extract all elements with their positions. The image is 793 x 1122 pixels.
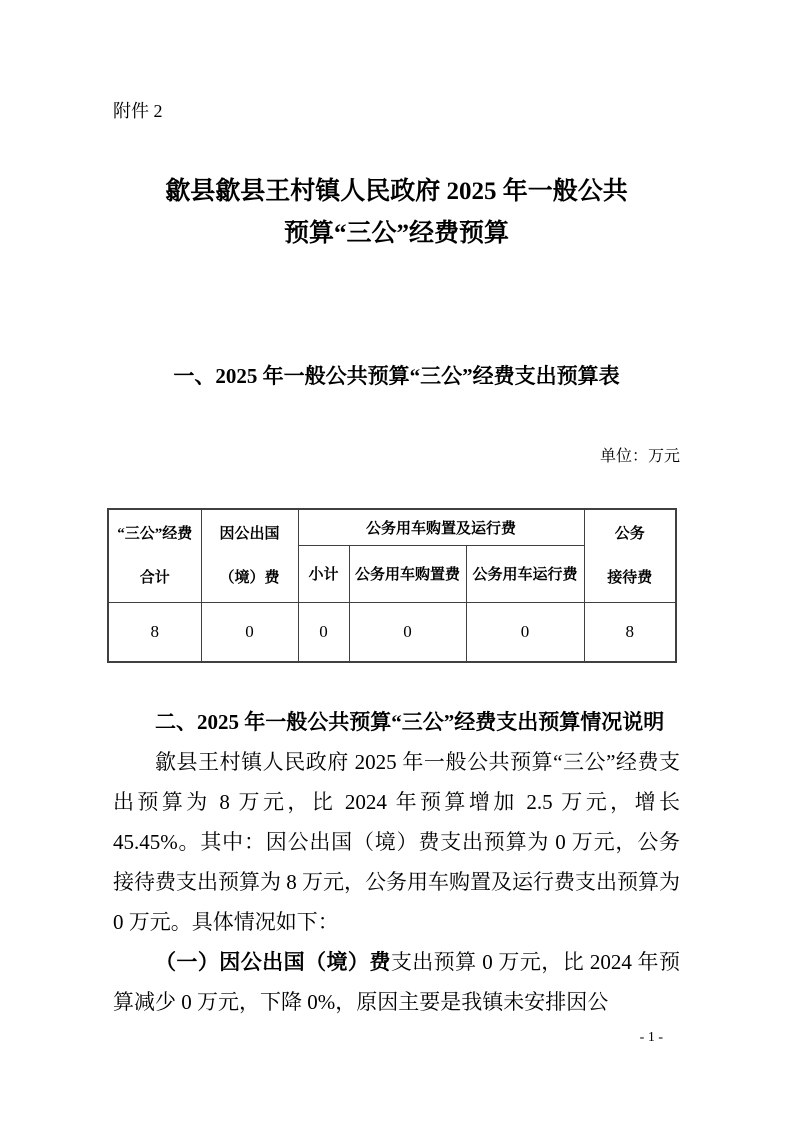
paragraph-abroad: （一）因公出国（境）费支出预算 0 万元，比 2024 年预算减少 0 万元，下… bbox=[113, 942, 680, 1022]
paragraph-summary: 歙县王村镇人民政府 2025 年一般公共预算“三公”经费支出预算为 8 万元，比… bbox=[113, 742, 680, 942]
attachment-label: 附件 2 bbox=[113, 97, 163, 123]
table-data-row: 8 0 0 0 0 8 bbox=[108, 602, 676, 662]
table-value-total: 8 bbox=[108, 602, 201, 662]
page-number: - 1 - bbox=[640, 1030, 663, 1046]
budget-table: “三公”经费 合计 因公出国 （境）费 公务用车购置及运行费 公务 接待费 小计… bbox=[107, 508, 677, 663]
table-header-vehicle-purchase: 公务用车购置费 bbox=[349, 545, 466, 602]
table-value-reception: 8 bbox=[584, 602, 676, 662]
document-page: 附件 2 歙县歙县王村镇人民政府 2025 年一般公共 预算“三公”经费预算 一… bbox=[0, 0, 793, 1122]
table-header-vehicle-subtotal: 小计 bbox=[298, 545, 349, 602]
section2-body: 二、2025 年一般公共预算“三公”经费支出预算情况说明 歙县王村镇人民政府 2… bbox=[113, 702, 680, 1022]
table-value-vehicle-operation: 0 bbox=[466, 602, 584, 662]
table-header-row-1: “三公”经费 合计 因公出国 （境）费 公务用车购置及运行费 公务 接待费 bbox=[108, 509, 676, 545]
table-header-reception: 公务 接待费 bbox=[584, 509, 676, 602]
table-header-vehicle-operation: 公务用车运行费 bbox=[466, 545, 584, 602]
table-header-total: “三公”经费 合计 bbox=[108, 509, 201, 602]
table-value-abroad: 0 bbox=[201, 602, 298, 662]
section2-heading: 二、2025 年一般公共预算“三公”经费支出预算情况说明 bbox=[113, 702, 680, 742]
table-value-vehicle-subtotal: 0 bbox=[298, 602, 349, 662]
table-header-vehicle-group: 公务用车购置及运行费 bbox=[298, 509, 584, 545]
paragraph-abroad-lead: （一）因公出国（境）费 bbox=[155, 950, 391, 974]
table-header-abroad: 因公出国 （境）费 bbox=[201, 509, 298, 602]
document-title: 歙县歙县王村镇人民政府 2025 年一般公共 预算“三公”经费预算 bbox=[0, 171, 793, 255]
title-line-1: 歙县歙县王村镇人民政府 2025 年一般公共 bbox=[0, 171, 793, 213]
unit-note: 单位：万元 bbox=[600, 443, 680, 466]
title-line-2: 预算“三公”经费预算 bbox=[0, 213, 793, 255]
section1-heading: 一、2025 年一般公共预算“三公”经费支出预算表 bbox=[0, 361, 793, 391]
table-value-vehicle-purchase: 0 bbox=[349, 602, 466, 662]
